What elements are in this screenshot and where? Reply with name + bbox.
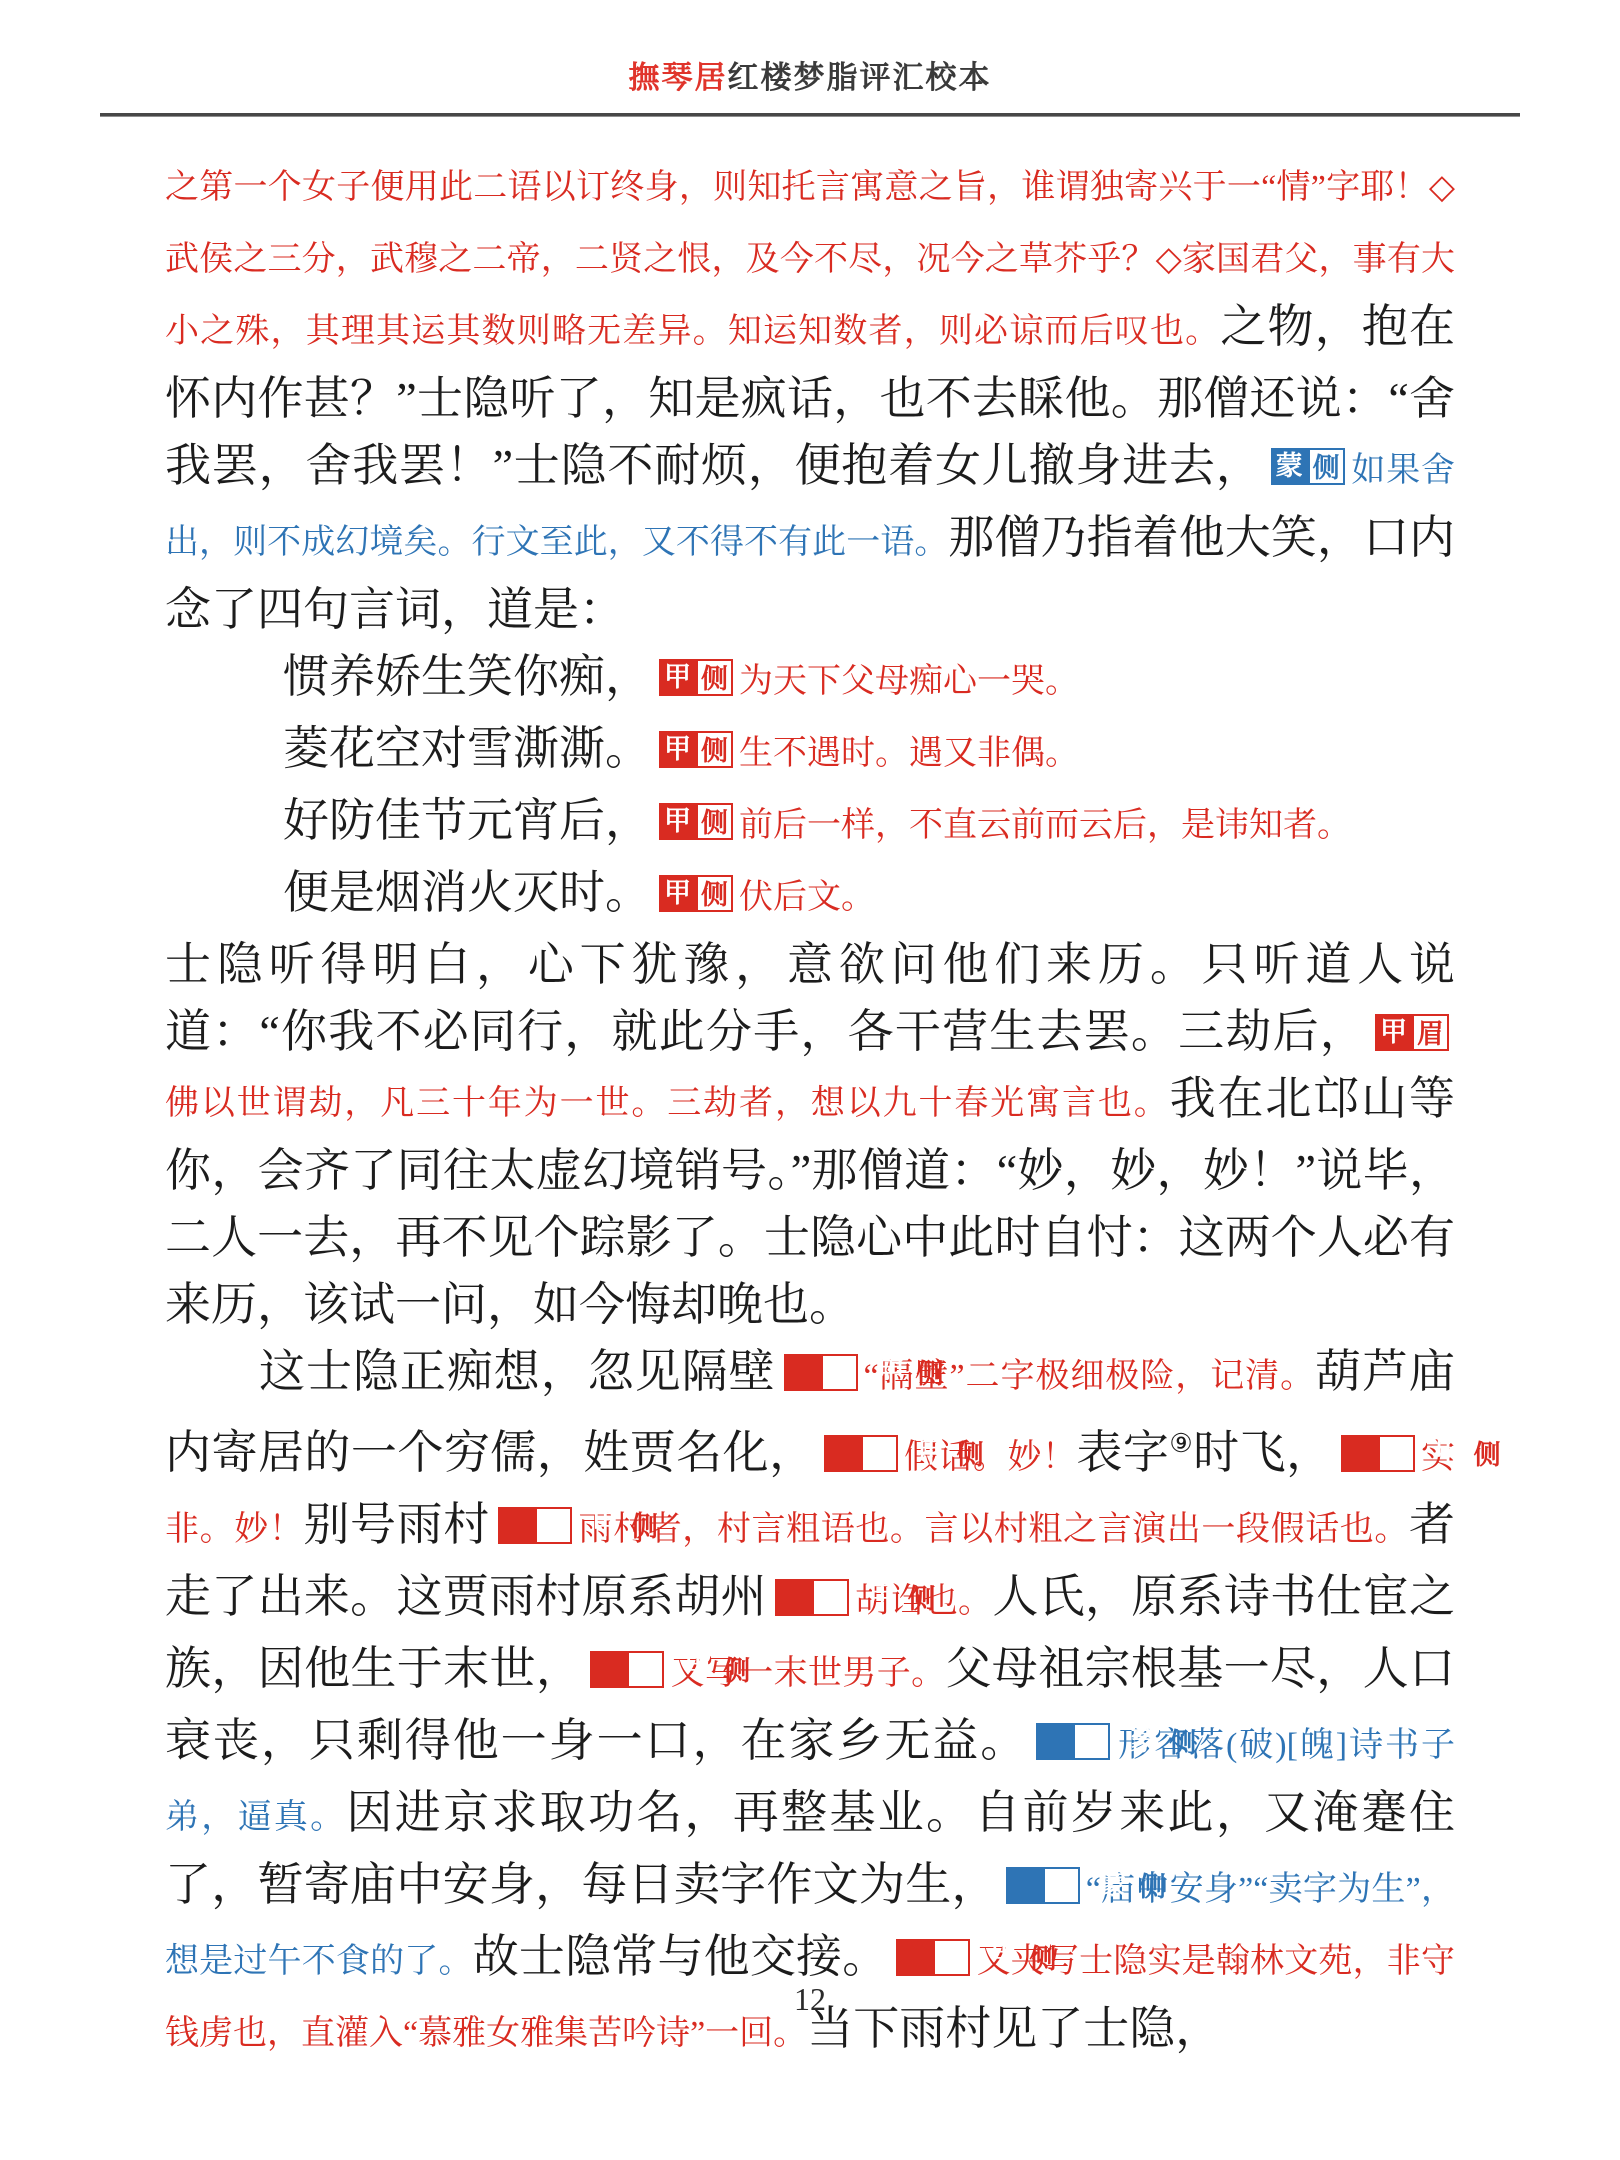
page-number: 12	[0, 1981, 1620, 2018]
verse-line: 菱花空对雪澌澌。甲侧生不遇时。遇又非偶。	[283, 715, 1455, 787]
commentary-badge-jia-ce: 甲侧	[784, 1354, 858, 1391]
body-text-run: 这士隐正痴想，忽见隔壁	[259, 1346, 776, 1397]
body-text-run: 惯养娇生笑你痴，	[283, 651, 651, 702]
badge-outlined-char: 侧	[933, 1939, 970, 1976]
badge-filled-char: 甲	[498, 1507, 535, 1544]
badge-outlined-char: 侧	[696, 875, 733, 912]
commentary-text-red: 生不遇时。遇又非偶。	[739, 735, 1079, 772]
badge-filled-char: 甲	[659, 875, 696, 912]
badge-outlined-char: 侧	[821, 1354, 858, 1391]
badge-outlined-char: 侧	[696, 731, 733, 768]
badge-filled-char: 甲	[784, 1354, 821, 1391]
commentary-text-red: 佛以世谓劫，凡三十年为一世。三劫者，想以九十春光寓言也。	[165, 1085, 1170, 1122]
badge-outlined-char: 侧	[861, 1435, 898, 1472]
commentary-badge-jia-ce: 甲侧	[1341, 1435, 1415, 1472]
badge-outlined-char: 侧	[1378, 1435, 1415, 1472]
badge-outlined-char: 眉	[1412, 1014, 1449, 1051]
body-text-run: 别号雨村	[303, 1499, 489, 1550]
body-text-run: 士隐听得明白，心下犹豫，意欲问他们来历。只听道人说道：“你我不必同行，就此分手，…	[165, 939, 1455, 1057]
press-name: 撫琴居	[629, 60, 728, 95]
badge-filled-char: 蒙	[1271, 448, 1308, 485]
body-text-run: 时飞，	[1193, 1427, 1332, 1478]
commentary-text-red: 又写一末世男子。	[670, 1655, 945, 1692]
text-paragraph: 这士隐正痴想，忽见隔壁甲侧“隔壁”二字极细极险，记清。葫芦庙内寄居的一个穷儒，姓…	[165, 1338, 1455, 2067]
verse-line: 好防佳节元宵后，甲侧前后一样，不直云前而云后，是讳知者。	[283, 787, 1455, 859]
badge-filled-char: 甲	[590, 1651, 627, 1688]
badge-outlined-char: 侧	[535, 1507, 572, 1544]
body-text-run: 好防佳节元宵后，	[283, 795, 651, 846]
body-text-run: 故士隐常与他交接。	[473, 1931, 889, 1982]
badge-filled-char: 甲	[659, 659, 696, 696]
verse-block: 惯养娇生笑你痴，甲侧为天下父母痴心一哭。菱花空对雪澌澌。甲侧生不遇时。遇又非偶。…	[165, 643, 1455, 931]
commentary-badge-jia-ce: 甲侧	[896, 1939, 970, 1976]
verse-line: 便是烟消火灭时。甲侧伏后文。	[283, 859, 1455, 931]
badge-filled-char: 蒙	[1006, 1867, 1043, 1904]
book-title: 红楼梦脂评汇校本	[728, 60, 992, 95]
badge-filled-char: 甲	[1375, 1014, 1412, 1051]
commentary-text-red: 伏后文。	[739, 879, 875, 916]
commentary-text-red: 前后一样，不直云前而云后，是讳知者。	[739, 807, 1351, 844]
commentary-badge-jia-ce: 甲侧	[659, 803, 733, 840]
text-paragraph: 之第一个女子便用此二语以订终身，则知托言寓意之旨，谁谓独寄兴于一“情”字耶！◇武…	[165, 149, 1455, 643]
commentary-badge-jia-ce: 甲侧	[590, 1651, 664, 1688]
commentary-badge-jia-mei: 甲眉	[1375, 1014, 1449, 1051]
body-text-run: 表字	[1076, 1427, 1169, 1478]
badge-outlined-char: 侧	[1073, 1723, 1110, 1760]
badge-filled-char: 甲	[896, 1939, 933, 1976]
commentary-badge-jia-ce: 甲侧	[659, 875, 733, 912]
verse-line: 惯养娇生笑你痴，甲侧为天下父母痴心一哭。	[283, 643, 1455, 715]
body-text-run: 菱花空对雪澌澌。	[283, 723, 651, 774]
commentary-badge-jia-ce: 甲侧	[498, 1507, 572, 1544]
badge-outlined-char: 侧	[1308, 448, 1345, 485]
badge-filled-char: 甲	[775, 1579, 812, 1616]
badge-outlined-char: 侧	[1043, 1867, 1080, 1904]
commentary-badge-jia-ce: 甲侧	[659, 731, 733, 768]
book-header: 撫琴居红楼梦脂评汇校本	[0, 0, 1620, 97]
badge-filled-char: 甲	[1341, 1435, 1378, 1472]
book-page: 撫琴居红楼梦脂评汇校本 之第一个女子便用此二语以订终身，则知托言寓意之旨，谁谓独…	[0, 0, 1620, 2160]
page-body-text: 之第一个女子便用此二语以订终身，则知托言寓意之旨，谁谓独寄兴于一“情”字耶！◇武…	[165, 149, 1455, 2067]
commentary-badge-jia-ce: 甲侧	[824, 1435, 898, 1472]
commentary-text-red: 雨村者，村言粗语也。言以村粗之言演出一段假话也。	[578, 1511, 1409, 1548]
commentary-badge-jia-ce: 甲侧	[659, 659, 733, 696]
badge-outlined-char: 侧	[627, 1651, 664, 1688]
badge-outlined-char: 侧	[696, 803, 733, 840]
badge-filled-char: 甲	[824, 1435, 861, 1472]
commentary-badge-jia-ce: 甲侧	[775, 1579, 849, 1616]
badge-outlined-char: 侧	[696, 659, 733, 696]
footnote-ref: ⑨	[1169, 1429, 1193, 1458]
badge-filled-char: 蒙	[1036, 1723, 1073, 1760]
text-paragraph: 士隐听得明白，心下犹豫，意欲问他们来历。只听道人说道：“你我不必同行，就此分手，…	[165, 931, 1455, 1338]
badge-filled-char: 甲	[659, 731, 696, 768]
body-text-run: 便是烟消火灭时。	[283, 867, 651, 918]
commentary-badge-meng-ce: 蒙侧	[1036, 1723, 1110, 1760]
header-rule	[100, 113, 1520, 117]
badge-outlined-char: 侧	[812, 1579, 849, 1616]
commentary-text-red: 为天下父母痴心一哭。	[739, 663, 1079, 700]
commentary-badge-meng-ce: 蒙侧	[1271, 448, 1345, 485]
badge-filled-char: 甲	[659, 803, 696, 840]
commentary-badge-meng-ce: 蒙侧	[1006, 1867, 1080, 1904]
